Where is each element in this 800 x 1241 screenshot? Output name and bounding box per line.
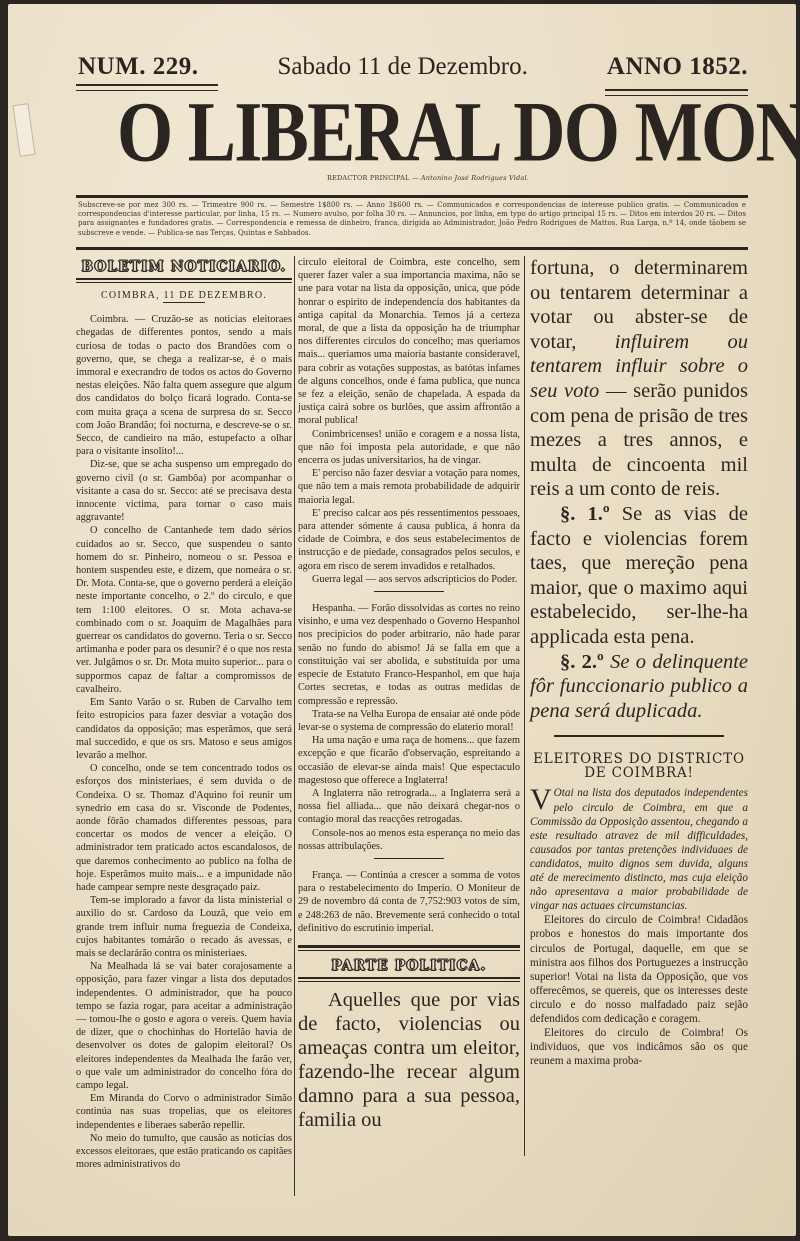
decorative-rule [530,729,748,742]
article-paragraph: E' preciso calcar aos pés ressentimentos… [298,507,520,573]
article-paragraph: Coimbra. — Cruzão-se as noticias eleitor… [76,313,292,458]
redactor-line: REDACTOR PRINCIPAL — Antonino José Rodri… [298,174,558,182]
law-paragraph: Aquelles que por vias de facto, violenci… [298,988,520,1132]
article-paragraph: E' perciso não fazer desviar a votação p… [298,467,520,507]
redactor-label: REDACTOR PRINCIPAL — [327,174,419,182]
column-right: fortuna, o determinarem ou tentarem dete… [530,256,748,1068]
article-paragraph: O concelho, onde se tem concentrado todo… [76,762,292,894]
hespanha-paragraph: Trata-se na Velha Europa de ensaiar até … [298,708,520,734]
article-paragraph: Em Santo Varão o sr. Ruben de Carvalho t… [76,696,292,762]
article-paragraph: Na Mealhada lá se vai bater corajosament… [76,960,292,1092]
article-paragraph: No meio do tumulto, que causão as notici… [76,1132,292,1172]
newspaper-page: NUM. 229. Sabado 11 de Dezembro. ANNO 18… [8,4,796,1236]
hespanha-paragraph: A Inglaterra não retrograda... a Inglate… [298,787,520,827]
masthead-title: O LIBERAL DO MONDEGO. [117,89,719,177]
paragraph-label: §. 2.º [560,651,604,673]
article-paragraph: O concelho de Cantanhede tem dado sérios… [76,524,292,696]
hespanha-paragraph: Console-nos ao menos esta esperança no m… [298,827,520,853]
issue-number: NUM. 229. [78,53,198,81]
eleitores-title: ELEITORES DO DISTRICTO DE COIMBRA! [530,752,748,780]
column-divider [294,256,295,1196]
subscription-rule-bottom [76,247,748,250]
article-paragraph: Tem-se implorado a favor da lista minist… [76,894,292,960]
column-divider [524,256,525,1156]
article-paragraph: Conimbricenses! união e coragem e a noss… [298,428,520,468]
issue-date: Sabado 11 de Dezembro. [277,53,527,81]
article-paragraph: circulo eleitoral de Coimbra, este conce… [298,256,520,428]
article-paragraph: Eleitores do circulo de Coimbra! Os indi… [530,1026,748,1068]
short-rule [163,302,205,303]
subscription-info: Subscreve-se por mez 300 rs. — Trimestre… [78,201,746,238]
hespanha-paragraph: Ha uma nação e uma raça de homens... que… [298,734,520,787]
section-title-boletim: BOLETIM NOTICIARIO. [76,258,292,276]
article-paragraph: Em Miranda do Corvo o administrador Simã… [76,1092,292,1132]
paragraph-label: §. 1.º [560,503,610,525]
redactor-name: Antonino José Rodrigues Vidal. [421,174,529,182]
short-rule [374,591,444,592]
law-text-start: Aquelles que por vias de facto, violenci… [298,988,520,1132]
section-rule [298,977,520,982]
article-paragraph: Eleitores do circulo de Coimbra! Cidadão… [530,913,748,1026]
franca-paragraph: França. — Continúa a crescer a somma de … [298,869,520,935]
subscription-rule-top [76,195,748,198]
drop-cap: V [530,788,552,812]
column-boletim: BOLETIM NOTICIARIO. COIMBRA, 11 DE DEZEM… [76,256,292,1171]
article-paragraph: Guerra legal — aos servos adscripticios … [298,573,520,586]
paper-tear [12,103,35,157]
section-title-parte-politica: PARTE POLITICA. [298,957,520,975]
eleitores-article: VOtai na lista dos deputados independent… [530,786,748,1068]
article-paragraph: Diz-se, que se acha suspenso um empregad… [76,458,292,524]
column-middle: circulo eleitoral de Coimbra, este conce… [298,256,520,1132]
short-rule [374,858,444,859]
article-paragraph: Otai na lista dos deputados independente… [530,787,748,912]
dateline: COIMBRA, 11 DE DEZEMBRO. [76,289,292,302]
issue-year: ANNO 1852. [607,53,748,81]
law-text-continued: fortuna, o determinarem ou tentarem dete… [530,256,748,723]
section-rule [76,278,292,283]
section-rule [298,945,520,951]
issue-line: NUM. 229. Sabado 11 de Dezembro. ANNO 18… [78,49,748,85]
hespanha-paragraph: Hespanha. — Forão dissolvidas as cortes … [298,602,520,708]
